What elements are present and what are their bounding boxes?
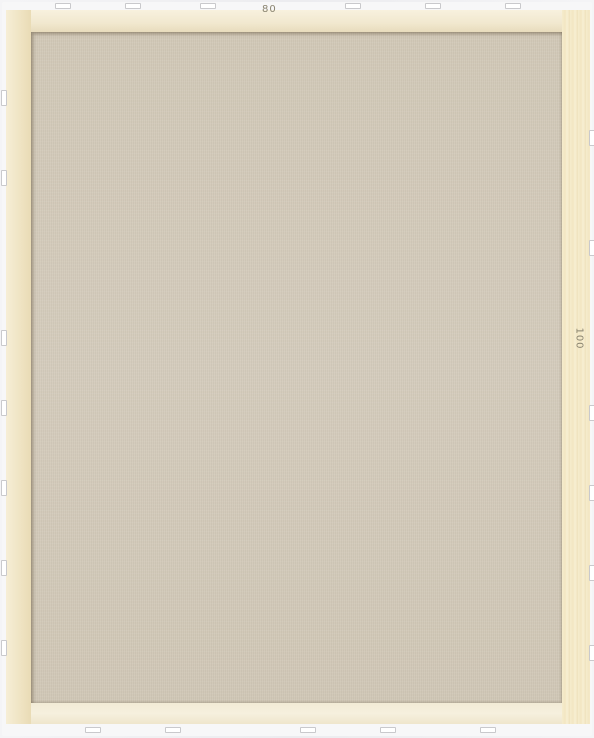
staple [380,727,396,733]
staple [345,3,361,9]
staple [1,90,7,106]
staple [165,727,181,733]
staple [589,405,594,421]
staple [300,727,316,733]
stretcher-bar-left [6,10,31,724]
staple [1,480,7,496]
size-stamp-top: 80 [262,4,277,15]
staple [1,400,7,416]
staple [1,170,7,186]
size-stamp-side: 100 [574,327,585,349]
staple [200,3,216,9]
canvas-back-photo: 80 100 [0,0,594,738]
staple [85,727,101,733]
stretcher-bar-bottom [6,703,590,724]
staple [1,640,7,656]
staple [1,560,7,576]
staple [425,3,441,9]
staple [480,727,496,733]
stretcher-bar-right [562,10,590,724]
stretcher-bar-top [6,10,590,32]
staple [589,645,594,661]
staple [589,565,594,581]
canvas-back-surface [31,32,562,703]
staple [589,485,594,501]
staple [1,330,7,346]
staple [125,3,141,9]
staple [589,240,594,256]
staple [589,130,594,146]
staple [505,3,521,9]
staple [55,3,71,9]
